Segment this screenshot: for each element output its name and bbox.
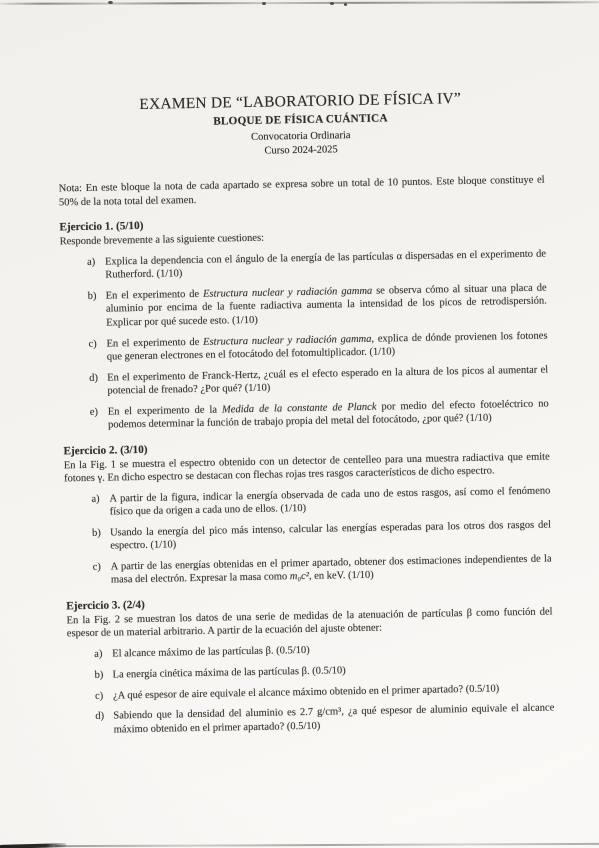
exercise-item: c)A partir de las energías obtenidas en …: [66, 552, 552, 587]
item-text: ¿A qué espesor de aire equivale el alcan…: [113, 681, 554, 702]
scan-edge-top: [0, 1, 599, 5]
exercise-item: c)En el experimento de Estructura nuclea…: [61, 329, 547, 364]
item-label: c): [93, 560, 111, 587]
item-text: A partir de las energías obtenidas en el…: [111, 552, 552, 587]
item-label: e): [90, 405, 108, 432]
exercise-item: a)Explica la dependencia con el ángulo d…: [60, 248, 546, 283]
item-text: El alcance máximo de las partículas β. (…: [112, 639, 553, 660]
item-text: A partir de la figura, indicar la energí…: [109, 484, 550, 519]
item-text: En el experimento de Estructura nuclear …: [106, 329, 547, 364]
item-text: Usando la energía del pico más intenso, …: [110, 518, 551, 553]
item-label: c): [95, 689, 113, 703]
scan-speck: [344, 3, 347, 6]
item-label: b): [95, 668, 113, 682]
item-text: Explica la dependencia con el ángulo de …: [105, 248, 546, 283]
item-text: Sabiendo que la densidad del aluminio es…: [113, 702, 554, 737]
scan-speck: [262, 2, 266, 5]
item-label: a): [91, 492, 109, 519]
exercise-section: Ejercicio 2. (3/10)En la Fig. 1 se muest…: [63, 436, 552, 588]
item-text: En el experimento de Estructura nuclear …: [106, 282, 548, 330]
exercise-item: b)Usando la energía del pico más intenso…: [65, 518, 551, 553]
item-label: a): [94, 647, 112, 661]
exam-content: EXAMEN DE “LABORATORIO DE FÍSICA IV” BLO…: [57, 89, 555, 738]
item-label: b): [88, 290, 107, 330]
item-label: a): [87, 256, 105, 283]
exercise-item: d)Sabiendo que la densidad del aluminio …: [68, 702, 554, 737]
exercise-section: Ejercicio 3. (2/4)En la Fig. 2 se muestr…: [66, 591, 554, 737]
scan-speck: [108, 1, 113, 4]
item-text: En el experimento de Franck-Hertz, ¿cuál…: [107, 363, 548, 398]
exam-note: Nota: En este bloque la nota de cada apa…: [59, 174, 545, 209]
item-label: c): [88, 337, 106, 364]
scan-edge-bottom: [55, 842, 599, 846]
exercise-item: b)La energía cinética máxima de las part…: [68, 660, 554, 682]
item-text: En el experimento de la Medida de la con…: [108, 397, 549, 432]
exercise-item: c)¿A qué espesor de aire equivale el alc…: [68, 681, 554, 703]
exercises: Ejercicio 1. (5/10)Responde brevemente a…: [59, 213, 554, 737]
exercise-item: d)En el experimento de Franck-Hertz, ¿cu…: [62, 363, 548, 398]
exercise-item: e)En el experimento de la Medida de la c…: [63, 397, 549, 432]
item-label: d): [95, 710, 113, 737]
exercise-item: a)A partir de la figura, indicar la ener…: [64, 484, 550, 519]
item-text: La energía cinética máxima de las partíc…: [113, 660, 554, 681]
item-label: d): [89, 371, 107, 398]
scan-speck: [330, 2, 334, 5]
exam-header: EXAMEN DE “LABORATORIO DE FÍSICA IV” BLO…: [57, 89, 544, 162]
exercise-section: Ejercicio 1. (5/10)Responde brevemente a…: [59, 213, 549, 433]
scan-corner-mark: [0, 843, 66, 848]
exercise-item: b)En el experimento de Estructura nuclea…: [61, 282, 548, 331]
scanned-exam-page: EXAMEN DE “LABORATORIO DE FÍSICA IV” BLO…: [0, 0, 599, 848]
exercise-item: a)El alcance máximo de las partículas β.…: [67, 639, 553, 661]
item-label: b): [92, 526, 110, 553]
